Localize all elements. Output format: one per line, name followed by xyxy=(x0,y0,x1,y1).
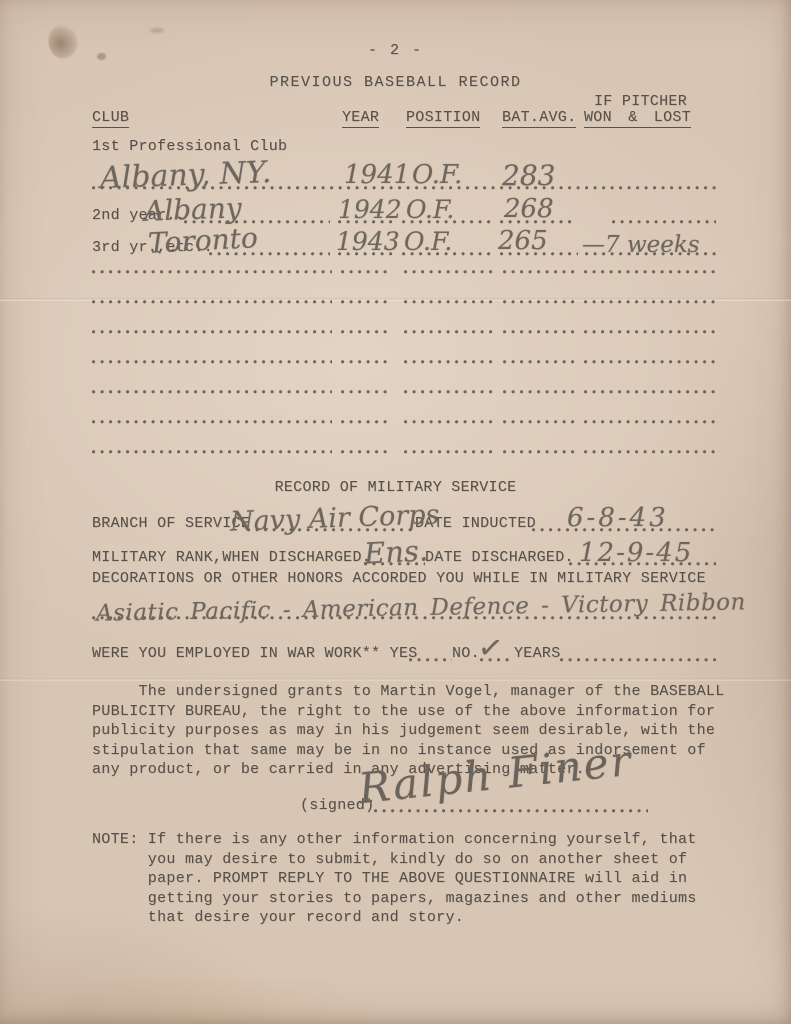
dotted-line xyxy=(374,809,648,813)
dotted-line xyxy=(584,270,716,274)
row1-club-handwritten: Albany, NY. xyxy=(99,155,272,196)
war-work-no-checkmark: ✓ xyxy=(476,629,506,667)
row3-position-handwritten: O.F. xyxy=(404,227,452,256)
fold-crease-lower xyxy=(0,678,791,681)
row1-batavg-handwritten: 283 xyxy=(502,159,555,192)
empty-record-row xyxy=(92,382,716,394)
dotted-line xyxy=(584,390,716,394)
paper-smudge xyxy=(150,28,164,33)
date-inducted-handwritten: 6-8-43 xyxy=(567,503,669,533)
dotted-line xyxy=(404,270,494,274)
decorations-value-handwritten: Asiatic Pacific - American Defence - Vic… xyxy=(96,589,746,626)
dotted-line xyxy=(404,390,494,394)
dotted-line xyxy=(584,450,716,454)
empty-record-row xyxy=(92,292,716,304)
empty-record-row xyxy=(92,262,716,274)
empty-record-row xyxy=(92,412,716,424)
row2-position-handwritten: O.F. xyxy=(406,195,454,224)
record-row-1: Albany, NY. 1941 O.F. 283 xyxy=(92,156,716,190)
row3-batavg-handwritten: 265 xyxy=(498,226,548,256)
empty-record-row xyxy=(92,352,716,364)
dotted-line xyxy=(92,420,332,424)
column-header-batavg: BAT.AVG. xyxy=(502,109,576,126)
dotted-line xyxy=(92,450,332,454)
column-note-if-pitcher: IF PITCHER xyxy=(594,93,687,110)
record-row-2: 2nd year.. Albany 1942 O.F. 268 xyxy=(92,192,716,224)
row1-label: 1st Professional Club xyxy=(92,138,287,155)
note-paragraph: NOTE: If there is any other information … xyxy=(92,830,724,928)
date-discharged-label: DATE DISCHARGED. xyxy=(425,549,574,566)
rank-value-handwritten: Ens. xyxy=(363,533,429,570)
dotted-line xyxy=(404,330,494,334)
row1-position-handwritten: O.F. xyxy=(412,160,462,190)
column-header-position: POSITION xyxy=(406,109,480,126)
column-header-year: YEAR xyxy=(342,109,379,126)
empty-record-row xyxy=(92,322,716,334)
dotted-line xyxy=(503,420,575,424)
dotted-line xyxy=(503,360,575,364)
dotted-line xyxy=(341,390,392,394)
row3-year-handwritten: 1943 xyxy=(336,227,400,256)
page-number: - 2 - xyxy=(0,42,791,59)
dotted-line xyxy=(404,420,494,424)
dotted-line xyxy=(92,330,332,334)
dotted-line xyxy=(341,300,392,304)
decorations-answer-line: Asiatic Pacific - American Defence - Vic… xyxy=(92,590,716,620)
branch-label: BRANCH OF SERVICE xyxy=(92,515,250,532)
dotted-line xyxy=(409,658,452,662)
war-work-label: WERE YOU EMPLOYED IN WAR WORK** YES xyxy=(92,645,418,662)
dotted-line xyxy=(341,270,392,274)
row3-wonlost-handwritten: —7 weeks xyxy=(582,232,700,258)
signed-line: (signed) Ralph Finer xyxy=(300,792,650,814)
dotted-line xyxy=(503,390,575,394)
column-header-wonlost: WON & LOST xyxy=(584,109,691,126)
war-work-line: WERE YOU EMPLOYED IN WAR WORK** YES NO. … xyxy=(92,636,716,662)
dotted-line xyxy=(92,270,332,274)
rank-label: MILITARY RANK,WHEN DISCHARGED. xyxy=(92,549,371,566)
dotted-line xyxy=(341,420,392,424)
record-row-3: 3rd yr.,etc.. Toronto 1943 O.F. 265 —7 w… xyxy=(92,224,716,256)
decorations-label: DECORATIONS OR OTHER HONORS ACCORDED YOU… xyxy=(92,570,706,587)
dotted-line xyxy=(584,360,716,364)
dotted-line xyxy=(341,330,392,334)
dotted-line xyxy=(584,420,716,424)
dotted-line xyxy=(584,330,716,334)
dotted-line xyxy=(404,450,494,454)
section-title-military-service: RECORD OF MILITARY SERVICE xyxy=(0,479,791,496)
military-rank-line: MILITARY RANK,WHEN DISCHARGED. DATE DISC… xyxy=(92,534,716,566)
dotted-line xyxy=(503,300,575,304)
dotted-line xyxy=(341,360,392,364)
section-title-baseball-record: PREVIOUS BASEBALL RECORD xyxy=(0,74,791,91)
empty-record-row xyxy=(92,442,716,454)
dotted-line xyxy=(503,450,575,454)
column-header-club: CLUB xyxy=(92,109,129,126)
branch-of-service-line: BRANCH OF SERVICE DATE INDUCTED Navy Air… xyxy=(92,500,716,532)
questionnaire-page: - 2 - PREVIOUS BASEBALL RECORD IF PITCHE… xyxy=(0,0,791,1024)
dotted-line xyxy=(92,300,332,304)
dotted-line xyxy=(404,300,494,304)
dotted-line xyxy=(92,360,332,364)
dotted-line xyxy=(341,450,392,454)
dotted-line xyxy=(503,270,575,274)
row3-club-handwritten: Toronto xyxy=(147,221,258,260)
dotted-line xyxy=(404,360,494,364)
row2-year-handwritten: 1942 xyxy=(338,195,402,224)
dotted-line xyxy=(584,300,716,304)
dotted-line xyxy=(560,658,716,662)
date-discharged-handwritten: 12-9-45 xyxy=(579,538,693,568)
row1-year-handwritten: 1941 xyxy=(344,160,410,190)
war-work-years-label: YEARS xyxy=(514,645,561,662)
dotted-line xyxy=(503,330,575,334)
row2-batavg-handwritten: 268 xyxy=(504,194,554,224)
dotted-line xyxy=(92,390,332,394)
